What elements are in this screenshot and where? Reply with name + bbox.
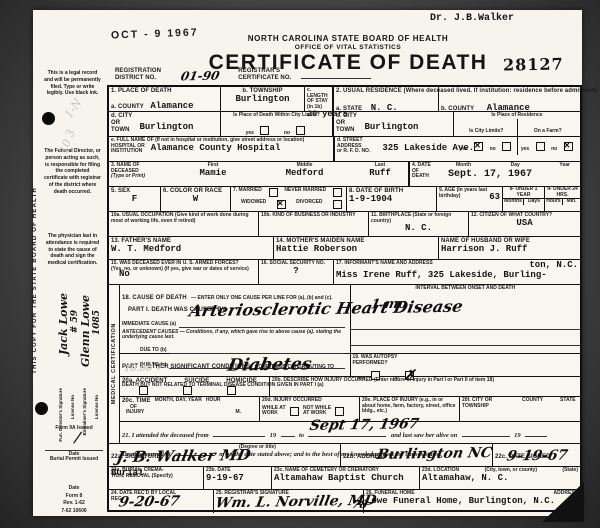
row-hospital: e. FULL NAME OF (If not in hospital or i…	[109, 137, 580, 162]
widowed-checkbox	[277, 200, 286, 209]
not-while-at-work-checkbox	[335, 407, 344, 416]
certificate-number: 28127	[503, 54, 564, 74]
accident-label: 20a. ACCIDENT	[122, 378, 167, 385]
yes-label: yes	[246, 130, 254, 136]
physician-address-handwritten: Burlington NC	[375, 445, 493, 463]
part2-cell: PART II. OTHER SIGNIFICANT CONDITIONS CO…	[120, 354, 351, 376]
death-limits-yes-checkbox	[260, 126, 269, 135]
divorced-checkbox	[333, 200, 342, 209]
punch-hole-top	[42, 112, 55, 125]
residence-state-cell: 2. USUAL RESIDENCE (Where deceased lived…	[334, 87, 439, 111]
never-married-label: NEVER MARRIED	[284, 188, 326, 197]
while-at-work-checkbox	[290, 407, 299, 416]
street-address-value: 325 Lakeside Ave.	[382, 144, 474, 155]
divorced-label: DIVORCED	[296, 200, 322, 209]
age-cell: 9. AGE (In years last birthday) 63	[437, 187, 503, 211]
race-cell: 6. COLOR OR RACE W	[161, 187, 231, 211]
how-injury-occurred-label: 20b. DESCRIBE HOW INJURY OCCURRED (Enter…	[272, 378, 578, 384]
sex-value: F	[111, 195, 158, 205]
burial-type-cell: 23a. BURIAL, CREMA- TION, REMOVAL (Speci…	[109, 467, 204, 489]
funeral-home-value: Lowe Funeral Home, Burlington, N.C.	[366, 497, 578, 507]
residence-city-value: Burlington	[364, 122, 418, 132]
registration-district-label: REGISTRATION DISTRICT NO.	[115, 68, 177, 82]
license-no-label: License No	[70, 395, 75, 419]
row-physician-signature: 22a. SIGNATURE (Degree or title) J. B. W…	[109, 444, 580, 467]
interval-cell: INTERVAL BETWEEN ONSET AND DEATH 1 mo	[351, 285, 581, 353]
row-burial: 23a. BURIAL, CREMA- TION, REMOVAL (Speci…	[109, 467, 580, 490]
is-city-limits-label: Is City Limits?	[469, 128, 503, 134]
birthplace-cell: 11. BIRTHPLACE (State or foreign country…	[369, 212, 469, 236]
residence-county-cell: b. COUNTY Alamance	[439, 87, 580, 111]
row-registrar: 24. DATE REC'D BY LOCAL REG. 9-20-67 25.…	[109, 490, 580, 513]
citizen-cell: 12. CITIZEN OF WHAT COUNTRY? USA	[469, 212, 580, 236]
birthplace-value: N. C.	[371, 224, 466, 234]
residence-city-cell: c. CITY OR TOWN Burlington	[334, 112, 454, 136]
row-part2: PART II. OTHER SIGNIFICANT CONDITIONS CO…	[120, 354, 580, 377]
length-of-stay-cell: c. LENGTH OF STAY (in 1b) 20 years	[305, 87, 334, 111]
industry-cell: 10b. KIND OF BUSINESS OR INDUSTRY	[259, 212, 369, 236]
married-label: 7. MARRIED	[233, 188, 262, 197]
homicide-checkbox	[227, 386, 236, 395]
place-of-death-label: 1. PLACE OF DEATH	[111, 88, 218, 95]
injury-city-label: 20f. CITY OR TOWNSHIP	[462, 398, 518, 409]
date-of-death-value: Sept. 17, 1967	[448, 169, 578, 180]
mother-cell: 14. MOTHER'S MAIDEN NAME Hattie Roberson	[274, 237, 439, 259]
suicide-label: SUICIDE	[184, 378, 209, 385]
date-of-birth-cell: 8. DATE OF BIRTH 1-9-1904	[347, 187, 437, 211]
informant-cell: 17. INFORMANT'S NAME AND ADDRESS ton, N.…	[334, 260, 580, 284]
row-sex-race-marital: 5. SEX F 6. COLOR OR RACE W 7. MARRIED N…	[109, 187, 580, 212]
scanned-death-certificate: { "head": { "stamp": "OCT - 9 1967", "do…	[0, 0, 600, 528]
cemetery-cell: 23c. NAME OF CEMETERY OR CREMATORY Altam…	[272, 467, 420, 489]
informant-value: Miss Irene Ruff, 325 Lakeside, Burling-	[336, 271, 578, 281]
city-of-death-label: d. CITY OR TOWN	[111, 113, 135, 134]
funeral-director-signature-handwritten: Jack Lowe	[57, 293, 70, 355]
day-label: Day	[511, 163, 520, 169]
registrar-signature-cell: 25. REGISTRAR'S SIGNATURE Wm. L. Norvill…	[214, 490, 364, 513]
death-limits-no-checkbox	[296, 126, 305, 135]
married-checkbox	[269, 188, 278, 197]
board-of-health-line: NORTH CAROLINA STATE BOARD OF HEALTH	[193, 34, 503, 43]
length-of-stay-label: c. LENGTH OF STAY (in 1b)	[307, 88, 330, 110]
medical-certification-strip: MEDICAL CERTIFICATION	[109, 285, 120, 443]
injury-city-cell: 20f. CITY OR TOWNSHIP	[460, 397, 520, 421]
date-received-handwritten: 9-20-67	[117, 493, 181, 510]
homicide-label: HOMICIDE	[226, 378, 257, 385]
fee-mark-faint: 10.00 ✓	[123, 364, 164, 375]
occupation-cell: 10a. USUAL OCCUPATION (Give kind of work…	[109, 212, 259, 236]
margin-pencil-mark-1: 1-N	[62, 96, 84, 120]
margin-note-physician: The physician last in attendance is requ…	[44, 233, 101, 267]
row-place-of-death: 1. PLACE OF DEATH a. COUNTY Alamance b. …	[109, 87, 580, 112]
registrars-certificate-label: REGISTRAR'S CERTIFICATE NO.	[238, 68, 296, 82]
registration-line: REGISTRATION DISTRICT NO. 01-90 REGISTRA…	[115, 66, 371, 84]
citizen-value: USA	[471, 219, 578, 229]
interval-label: INTERVAL BETWEEN ONSET AND DEATH	[353, 286, 579, 292]
burial-permit-slash-handwritten: /	[73, 430, 81, 446]
received-date-stamp: OCT - 9 1967	[111, 26, 199, 41]
father-value: W. T. Medford	[111, 245, 271, 255]
widowed-label: WIDOWED	[241, 200, 266, 209]
last-name-cell: Last Ruff	[352, 162, 410, 186]
part2-handwritten: Diabetes	[226, 354, 313, 375]
form-9a-issued-label: Form 9A Issued	[49, 426, 99, 432]
cause-of-death-cell: 18. CAUSE OF DEATH — ENTER ONLY ONE CAUS…	[120, 285, 351, 353]
row-cause-of-death: 18. CAUSE OF DEATH — ENTER ONLY ONE CAUS…	[120, 285, 580, 354]
fun-director-signature-label: Fun. Director's Signature	[58, 388, 63, 442]
immediate-cause-label: IMMEDIATE CAUSE (a)	[122, 322, 176, 328]
license-no-2-label: License No	[94, 395, 99, 419]
suicide-checkbox	[183, 386, 192, 395]
ssn-value: ?	[261, 267, 331, 277]
never-married-checkbox	[333, 188, 342, 197]
race-value: W	[163, 195, 228, 205]
injury-state-label: STATE	[560, 398, 578, 404]
county-value: Alamance	[150, 101, 193, 111]
row-accident: 20a. ACCIDENT SUICIDE HOMICIDE 20b. DESC…	[120, 377, 580, 397]
last-name-value: Ruff	[354, 169, 406, 179]
cemetery-location-value: Altamahaw, N. C.	[422, 474, 578, 484]
form-footer: Date Form 8 Rev. 1-62 7-62 10606	[47, 485, 101, 515]
accident-checkbox	[139, 386, 148, 395]
margin-note-legal: This is a legal record and will be perma…	[44, 70, 101, 97]
industry-label: 10b. KIND OF BUSINESS OR INDUSTRY	[261, 213, 366, 219]
medical-certification-label: MEDICAL CERTIFICATION	[111, 323, 117, 404]
injury-county-cell: COUNTY	[520, 397, 558, 421]
time-of-injury-cell: 20c. TIME MONTH, DAY, YEAR HOUR OF INJUR…	[120, 397, 260, 421]
marital-status-cell: 7. MARRIED NEVER MARRIED WIDOWED DIVORCE…	[231, 187, 347, 211]
burial-date-cell: 23b. DATE 9-19-67	[204, 467, 272, 489]
medical-certification-block: MEDICAL CERTIFICATION 18. CAUSE OF DEATH…	[109, 285, 580, 444]
certificate-form: 1. PLACE OF DEATH a. COUNTY Alamance b. …	[107, 85, 582, 512]
month-label: Month	[456, 163, 471, 169]
margin-note-funeral-director: The Funeral Director, or person acting a…	[44, 148, 101, 195]
under-1-year-cell: IF UNDER 1 YEAR Months Days	[503, 187, 545, 211]
physician-signature-handwritten: J. B. Walker MD	[115, 446, 252, 466]
county-of-death-cell: 1. PLACE OF DEATH a. COUNTY Alamance	[109, 87, 221, 111]
county-label: a. COUNTY	[111, 104, 144, 110]
registration-district-value: 01-90	[180, 69, 221, 84]
street-address-cell: d. STREET ADDRESS or R. F. D. NO. 325 La…	[335, 137, 580, 161]
on-a-farm-label: On a Farm?	[534, 128, 562, 134]
date-received-cell: 24. DATE REC'D BY LOCAL REG. 9-20-67	[109, 490, 214, 513]
row-armed-forces: 15. WAS DECEASED EVER IN U. S. ARMED FOR…	[109, 260, 580, 285]
mother-value: Hattie Roberson	[276, 245, 436, 255]
name-of-deceased-label-cell: 3. NAME OF DECEASED (Type or Print)	[109, 162, 169, 186]
cause-of-death-label: 18. CAUSE OF DEATH	[122, 295, 187, 301]
attended-statement-cell: 21. I attended the deceased from 19 to a…	[120, 422, 580, 443]
burial-date-value: 9-19-67	[206, 474, 269, 484]
first-name-cell: First Mamie	[169, 162, 257, 186]
row-parents: 13. FATHER'S NAME W. T. Medford 14. MOTH…	[109, 237, 580, 260]
spouse-cell: NAME OF HUSBAND OR WIFE Harrison J. Ruff	[439, 237, 580, 259]
physician-signature-cell: 22a. SIGNATURE (Degree or title) J. B. W…	[109, 444, 341, 466]
city-of-death-value: Burlington	[139, 122, 193, 132]
burial-permit-issued-label: Burial Permit Issued	[43, 457, 105, 463]
punch-hole-bottom	[35, 402, 48, 415]
under-24-hrs-cell: IF UNDER 24 HRS. Hours Min.	[545, 187, 580, 211]
date-signed-handwritten: 9-19-67	[505, 447, 569, 464]
row-name-of-deceased: 3. NAME OF DECEASED (Type or Print) Firs…	[109, 162, 580, 187]
autopsy-cell: 19. WAS AUTOPSY PERFORMED? yes no	[351, 354, 581, 376]
physician-address-cell: 22b. ADDRESS Burlington NC	[341, 444, 493, 466]
registrars-certificate-blank	[301, 71, 371, 79]
residence-city-label: c. CITY OR TOWN	[336, 113, 360, 134]
township-value: Burlington	[223, 95, 302, 105]
row-occupation: 10a. USUAL OCCUPATION (Give kind of work…	[109, 212, 580, 237]
attended-to-date-handwritten: Sept 17, 1967	[308, 416, 420, 434]
accident-suicide-homicide-cell: 20a. ACCIDENT SUICIDE HOMICIDE	[120, 377, 270, 396]
year-label: Year	[559, 163, 570, 169]
death-city-limits-label: Is Place of Death Within City Limits?	[223, 113, 330, 119]
office-of-vital-statistics-line: OFFICE OF VITAL STATISTICS	[193, 44, 503, 51]
residence-limits-cell: Is Place of Residence Is City Limits? ye…	[454, 112, 580, 136]
middle-name-value: Medford	[259, 169, 350, 179]
row-attended-statement: 21. I attended the deceased from 19 to a…	[120, 422, 580, 443]
occupation-label: 10a. USUAL OCCUPATION (Give kind of work…	[111, 213, 256, 224]
ssn-cell: 16. SOCIAL SECURITY NO. ?	[259, 260, 334, 284]
date-signed-cell: 22c. DATE SIGNED 9-19-67	[493, 444, 580, 466]
armed-forces-cell: 15. WAS DECEASED EVER IN U. S. ARMED FOR…	[109, 260, 259, 284]
place-of-injury-label: 20e. PLACE OF INJURY (e.g., in or about …	[362, 398, 457, 415]
cemetery-location-cell: 23d. LOCATION (City, town, or county) (S…	[420, 467, 580, 489]
row-city-town: d. CITY OR TOWN Burlington Is Place of D…	[109, 112, 580, 137]
father-cell: 13. FATHER'S NAME W. T. Medford	[109, 237, 274, 259]
first-name-value: Mamie	[171, 169, 255, 179]
interval-handwritten: 1 mo	[369, 297, 408, 313]
middle-name-cell: Middle Medford	[257, 162, 352, 186]
date-of-death-cell: 4. DATE OF DEATH Month Day Year Sept. 17…	[410, 162, 580, 186]
certificate-paper: Dr. J.B.Walker OCT - 9 1967 NORTH CAROLI…	[33, 10, 582, 516]
cemetery-value: Altamahaw Baptist Church	[274, 474, 417, 484]
embalmer-license-handwritten: 1085	[92, 310, 102, 335]
death-city-limits-cell: Is Place of Death Within City Limits? ye…	[221, 112, 334, 136]
funeral-home-cell: 26. FUNERAL HOME ADDRESS Lowe Funeral Ho…	[364, 490, 580, 513]
date-of-birth-value: 1-9-1904	[349, 195, 434, 205]
how-injury-occurred-cell: 20b. DESCRIBE HOW INJURY OCCURRED (Enter…	[270, 377, 580, 396]
sex-cell: 5. SEX F	[109, 187, 161, 211]
embalmer-signature-handwritten: Glenn Lowe	[79, 295, 92, 367]
no-label: no	[284, 130, 290, 136]
city-of-death-cell: d. CITY OR TOWN Burlington	[109, 112, 221, 136]
spouse-value: Harrison J. Ruff	[441, 245, 578, 255]
injury-state-cell: STATE	[558, 397, 580, 421]
township-cell: b. TOWNSHIP Burlington	[221, 87, 305, 111]
hospital-value: Alamance County Hospital	[151, 144, 281, 154]
doctor-annotation: Dr. J.B.Walker	[430, 13, 514, 24]
injury-county-label: COUNTY	[522, 398, 556, 404]
hospital-cell: e. FULL NAME OF (If not in hospital or i…	[109, 137, 335, 161]
antecedent-causes-label: ANTECEDENT CAUSES — Conditions, if any, …	[122, 330, 348, 341]
